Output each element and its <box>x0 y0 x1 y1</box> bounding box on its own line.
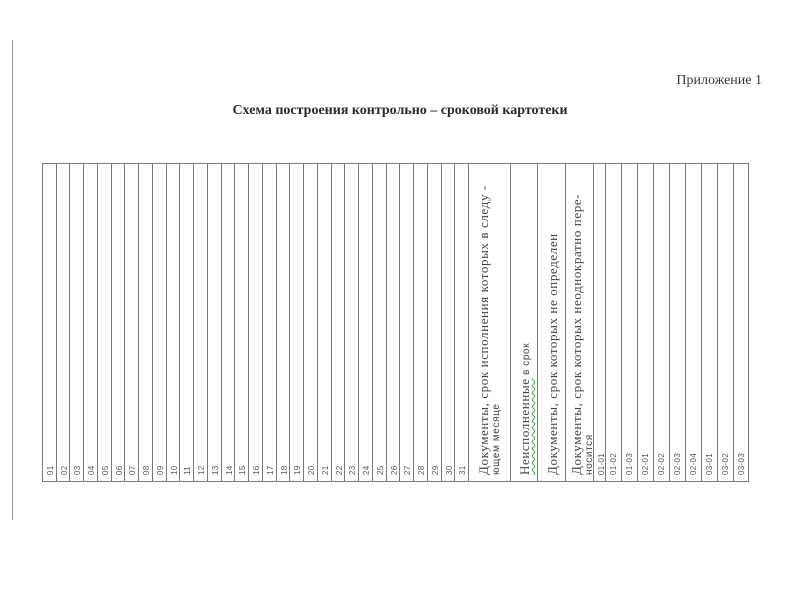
header-line: ющем месяце <box>490 185 503 475</box>
column-header-rescheduled: Документы, срок которых неоднократно пер… <box>570 194 596 475</box>
code-label: 01-02 <box>609 453 618 475</box>
day-column-23: 23 <box>345 164 359 481</box>
column-rescheduled-documents: Документы, срок которых неоднократно пер… <box>566 164 594 481</box>
code-label: 03-02 <box>721 453 730 475</box>
appendix-label: Приложение 1 <box>676 73 762 89</box>
day-column-17: 17 <box>263 164 277 481</box>
code-label: 02-02 <box>657 453 666 475</box>
day-label: 26 <box>390 466 399 476</box>
day-label: 18 <box>280 466 289 476</box>
day-column-06: 06 <box>112 164 126 481</box>
day-label: 12 <box>197 466 206 476</box>
day-column-26: 26 <box>387 164 401 481</box>
day-column-08: 08 <box>139 164 153 481</box>
code-column-02-01: 02-01 <box>638 164 654 481</box>
code-column-02-04: 02-04 <box>686 164 702 481</box>
day-column-19: 19 <box>290 164 304 481</box>
day-label: 06 <box>115 466 124 476</box>
day-label: 25 <box>376 466 385 476</box>
code-label: 01-03 <box>625 453 634 475</box>
header-line: Документы, срок которых неоднократно пер… <box>570 194 583 475</box>
day-label: 17 <box>266 466 275 476</box>
header-rest: в срок <box>521 343 532 379</box>
day-label: 27 <box>403 466 412 476</box>
day-label: 24 <box>362 466 371 476</box>
day-label: 05 <box>101 466 110 476</box>
column-header-next-month: Документы, срок исполнения которых в сле… <box>477 185 503 475</box>
column-undefined-deadline-documents: Документы, срок которых не определен <box>538 164 566 481</box>
day-label: 28 <box>417 466 426 476</box>
day-label: 14 <box>225 466 234 476</box>
column-unfulfilled-documents: Неисполненные в срок <box>511 164 538 481</box>
code-column-01-02: 01-02 <box>606 164 622 481</box>
code-label: 02-03 <box>673 453 682 475</box>
day-label: 21 <box>321 466 330 476</box>
day-label: 09 <box>156 466 165 476</box>
code-column-03-02: 03-02 <box>718 164 734 481</box>
day-label: 10 <box>170 466 179 476</box>
spellcheck-word: Неисполненные <box>517 378 532 475</box>
day-column-27: 27 <box>400 164 414 481</box>
day-column-01: 01 <box>43 164 57 481</box>
column-next-month-documents: Документы, срок исполнения которых в сле… <box>469 164 511 481</box>
day-label: 02 <box>60 466 69 476</box>
day-column-21: 21 <box>318 164 332 481</box>
day-label: 22 <box>335 466 344 476</box>
header-line: Документы, срок исполнения которых в сле… <box>477 185 490 475</box>
day-column-12: 12 <box>194 164 208 481</box>
day-column-16: 16 <box>249 164 263 481</box>
day-column-02: 02 <box>57 164 71 481</box>
day-label: 31 <box>458 466 467 476</box>
code-label: 02-01 <box>641 453 650 475</box>
day-label: 29 <box>431 466 440 476</box>
day-column-20: 20 <box>304 164 318 481</box>
day-column-22: 22 <box>332 164 346 481</box>
day-column-10: 10 <box>167 164 181 481</box>
day-label: 15 <box>238 466 247 476</box>
day-label: 01 <box>46 466 55 476</box>
document-title: Схема построения контрольно – сроковой к… <box>0 103 800 119</box>
day-label: 04 <box>87 466 96 476</box>
code-column-02-02: 02-02 <box>654 164 670 481</box>
day-column-29: 29 <box>428 164 442 481</box>
day-column-15: 15 <box>235 164 249 481</box>
day-label: 19 <box>293 466 302 476</box>
day-label: 03 <box>73 466 82 476</box>
code-label: 02-04 <box>689 453 698 475</box>
day-column-05: 05 <box>98 164 112 481</box>
code-label: 03-03 <box>737 453 746 475</box>
day-column-04: 04 <box>84 164 98 481</box>
day-column-07: 07 <box>125 164 139 481</box>
code-label: 01-01 <box>597 453 606 475</box>
day-column-11: 11 <box>180 164 194 481</box>
code-column-03-01: 03-01 <box>702 164 718 481</box>
day-column-13: 13 <box>208 164 222 481</box>
day-column-14: 14 <box>222 164 236 481</box>
day-label: 23 <box>348 466 357 476</box>
column-header-unfulfilled: Неисполненные в срок <box>518 343 533 475</box>
header-line: Документы, срок которых не определен <box>545 233 560 475</box>
card-index-table: 0102030405060708091011121314151617181920… <box>42 163 749 482</box>
day-column-31: 31 <box>455 164 469 481</box>
code-column-03-03: 03-03 <box>734 164 750 481</box>
day-label: 08 <box>142 466 151 476</box>
day-label: 11 <box>183 466 192 475</box>
day-column-25: 25 <box>373 164 387 481</box>
code-label: 03-01 <box>705 453 714 475</box>
day-column-03: 03 <box>70 164 84 481</box>
day-column-09: 09 <box>153 164 167 481</box>
day-label: 20 <box>307 466 316 476</box>
day-column-18: 18 <box>277 164 291 481</box>
day-label: 16 <box>252 466 261 476</box>
code-column-01-01: 01-01 <box>594 164 606 481</box>
day-column-30: 30 <box>442 164 456 481</box>
code-column-02-03: 02-03 <box>670 164 686 481</box>
code-column-01-03: 01-03 <box>622 164 638 481</box>
day-label: 07 <box>128 466 137 476</box>
day-column-24: 24 <box>359 164 373 481</box>
day-column-28: 28 <box>414 164 428 481</box>
day-label: 30 <box>445 466 454 476</box>
column-header-undefined-deadline: Документы, срок которых не определен <box>546 233 561 475</box>
day-label: 13 <box>211 466 220 476</box>
